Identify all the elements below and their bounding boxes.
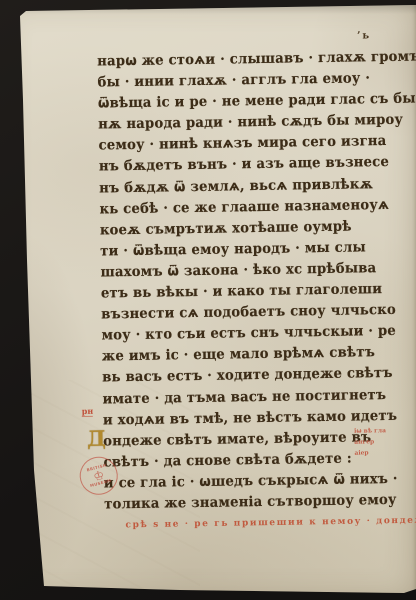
edge-shadow [0,0,416,14]
gold-initial-letter: Д [87,426,106,451]
quire-mark: ʼь [357,30,371,41]
photo-background: ʼь нарѡ же стоѧи · слышавъ · глахѫ громъ… [0,0,416,600]
red-rubric-line: срѣ ѕ не · ре гь пришешии к немоу · донд… [125,515,416,530]
page-content: ʼь нарѡ же стоѧи · слышавъ · глахѫ громъ… [0,0,416,600]
manuscript-page: ʼь нарѡ же стоѧи · слышавъ · глахѫ громъ… [0,0,416,600]
text-line: толика же знаменіа сътворшоу емоу [104,489,404,516]
stamp-text-bottom: MUSEUM [90,479,112,488]
margin-note: іѡ вѣ гла [354,425,386,436]
margin-note-left: рн [82,406,94,417]
margin-notes-right: іѡ вѣ гла ангер аіер [354,425,386,458]
margin-note: аіер [354,447,386,458]
margin-note: ангер [354,436,386,447]
